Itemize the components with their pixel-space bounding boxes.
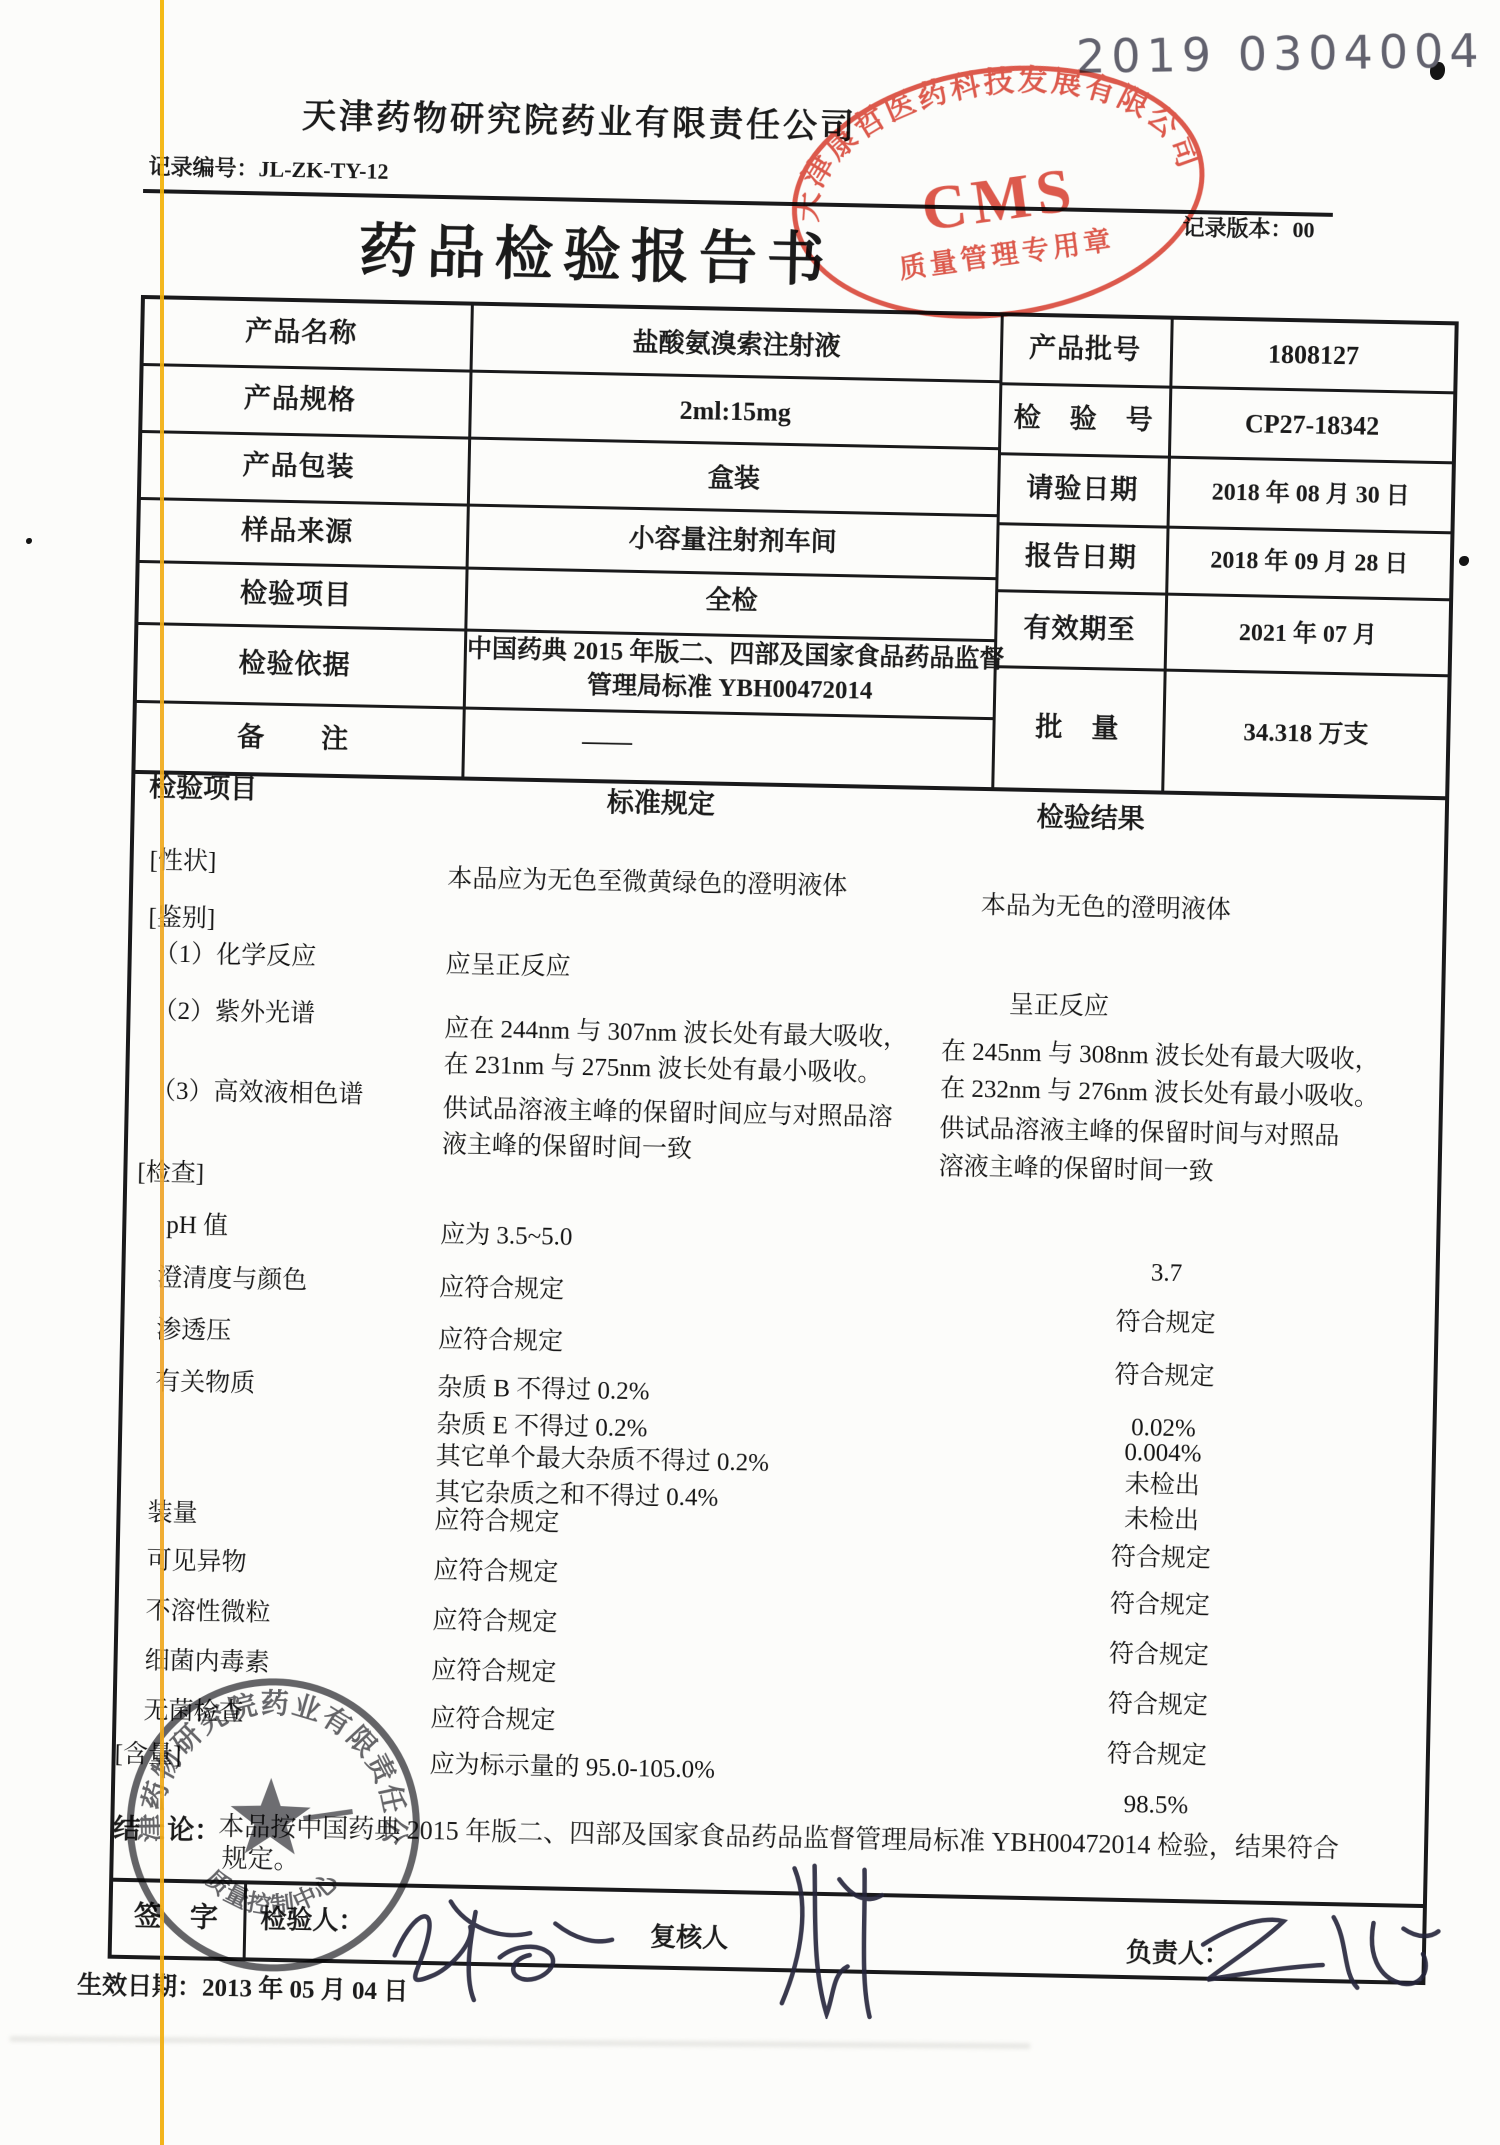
record-number-line: 记录编号：JL-ZK-TY-12	[148, 153, 389, 185]
result-row-label: pH 值	[166, 1210, 228, 1242]
results-header-result: 检验结果	[920, 799, 1261, 840]
result-row-standard: 本品应为无色至微黄绿色的澄明液体	[447, 863, 848, 902]
result-row-label: 不溶性微粒	[145, 1595, 271, 1629]
info-value: 盒装	[470, 458, 998, 501]
result-row-result: 供试品溶液主峰的保留时间与对照品	[939, 1113, 1340, 1152]
result-row-standard: 应符合规定	[438, 1324, 564, 1358]
result-row-standard: 应符合规定	[432, 1605, 558, 1639]
info-label: 检验依据	[133, 645, 456, 685]
qc-stamp-star-icon	[230, 1777, 312, 1855]
result-row-result: 在 245nm 与 308nm 波长处有最大吸收，	[941, 1036, 1380, 1076]
results-header-item: 检验项目	[149, 771, 258, 807]
result-row-label: （3）高效液相色谱	[151, 1075, 364, 1111]
info-value-basis-line2: 管理局标准 YBH00472014	[466, 668, 994, 710]
result-row-result: 呈正反应	[1009, 990, 1110, 1023]
result-row-result: 本品为无色的澄明液体	[981, 890, 1232, 926]
info-value: 2ml:15mg	[471, 391, 999, 434]
info-value: 2018 年 09 月 28 日	[1169, 545, 1451, 581]
result-row-standard: 液主峰的保留时间一致	[442, 1129, 693, 1165]
result-row-result: 0.004%	[1023, 1435, 1304, 1472]
info-label: 产品包装	[137, 447, 460, 487]
table-line-row	[138, 430, 1000, 450]
record-version-value: 00	[1292, 217, 1314, 242]
svg-text:质量控制中心: 质量控制中心	[198, 1864, 345, 1922]
result-row-standard: 供试品溶液主峰的保留时间应与对照品溶	[442, 1093, 893, 1133]
result-row-result: 溶液主峰的保留时间一致	[938, 1151, 1214, 1188]
table-line-row	[140, 363, 1002, 383]
info-label: 产品规格	[139, 380, 462, 420]
result-row-standard: 杂质 E 不得过 0.2%	[436, 1409, 648, 1444]
result-row-result: 未检出	[1021, 1502, 1302, 1539]
info-label: 请验日期	[1000, 471, 1165, 508]
result-row-standard: 应为 3.5~5.0	[440, 1219, 573, 1253]
result-row-label: 装量	[147, 1497, 198, 1529]
info-value: 全检	[468, 580, 996, 623]
table-line-row-right	[998, 452, 1455, 464]
result-row-standard: 应在 244nm 与 307nm 波长处有最大吸收，	[444, 1013, 908, 1054]
record-number-label: 记录编号：	[148, 154, 258, 181]
cms-oval-stamp: 天津康哲医药科技发展有限公司 CMS 质量管理专用章	[766, 24, 1230, 360]
result-row-result: 符合规定	[1018, 1687, 1299, 1724]
qc-stamp-bottom-text: 质量控制中心	[198, 1864, 345, 1922]
result-row-standard: 杂质 B 不得过 0.2%	[437, 1372, 650, 1408]
result-row-standard: 应呈正反应	[445, 949, 571, 983]
result-row-standard: 其它单个最大杂质不得过 0.2%	[435, 1441, 769, 1479]
result-row-result: 符合规定	[1021, 1540, 1302, 1577]
info-label: 检 验 号	[1001, 401, 1166, 438]
result-row-standard: 应为标示量的 95.0-105.0%	[429, 1749, 715, 1786]
info-value-note-dash: ——	[467, 724, 748, 761]
result-row-result: 3.7	[1026, 1255, 1307, 1292]
info-value: 1808127	[1173, 337, 1455, 375]
result-row-result: 符合规定	[1025, 1305, 1306, 1342]
info-label: 产品批号	[1003, 331, 1168, 368]
result-row-result: 未检出	[1022, 1467, 1303, 1504]
result-row-result: 符合规定	[1017, 1737, 1298, 1774]
scanned-report-page: 天津药物研究院药业有限责任公司 记录编号：JL-ZK-TY-12 记录版本：00…	[0, 0, 1500, 2145]
info-label: 有效期至	[997, 611, 1162, 648]
info-value: 2021 年 07 月	[1167, 617, 1449, 653]
result-row-label: 渗透压	[156, 1314, 232, 1347]
info-value: 2018 年 08 月 30 日	[1170, 477, 1452, 513]
info-label: 样品来源	[136, 512, 459, 552]
ink-speck	[26, 538, 32, 544]
info-label: 备 注	[132, 719, 455, 759]
table-line-row-right	[997, 522, 1454, 534]
info-value: 34.318 万支	[1165, 716, 1447, 753]
reviewer-signature	[752, 1853, 915, 2021]
result-row-result: 符合规定	[1020, 1587, 1301, 1624]
table-line-row-right	[995, 589, 1452, 601]
info-value: 小容量注射剂车间	[469, 520, 997, 563]
result-row-standard: 应符合规定	[434, 1505, 560, 1539]
result-row-standard: 应符合规定	[433, 1555, 559, 1589]
result-row-label: 有关物质	[155, 1366, 256, 1399]
result-row-label: [检查]	[137, 1157, 204, 1190]
result-row-label: （1）化学反应	[153, 938, 316, 973]
result-row-standard: 应符合规定	[431, 1655, 557, 1689]
table-line-row-right	[994, 665, 1451, 677]
info-label: 批 量	[995, 710, 1160, 747]
info-label: 检验项目	[135, 575, 458, 615]
table-line-row-right	[999, 382, 1456, 394]
result-row-standard: 在 231nm 与 275nm 波长处有最小吸收。	[443, 1049, 882, 1089]
info-label: 报告日期	[999, 539, 1164, 576]
record-number-value: JL-ZK-TY-12	[258, 156, 388, 184]
result-row-result: 符合规定	[1019, 1637, 1300, 1674]
result-row-label: [鉴别]	[148, 902, 215, 935]
info-value: CP27-18342	[1171, 407, 1453, 445]
ink-speck	[1459, 556, 1469, 566]
document-content: 天津药物研究院药业有限责任公司 记录编号：JL-ZK-TY-12 记录版本：00…	[105, 95, 1465, 2121]
result-row-result: 在 232nm 与 276nm 波长处有最小吸收。	[940, 1073, 1379, 1113]
scanner-artifact-yellow-line	[160, 0, 164, 2145]
reviewer-label: 复核人	[650, 1922, 729, 1956]
result-row-label: （2）紫外光谱	[152, 995, 315, 1030]
cms-stamp-center-text: CMS	[918, 156, 1082, 245]
info-label: 产品名称	[140, 313, 463, 353]
approver-signature	[1172, 1884, 1444, 2009]
result-row-label: 澄清度与颜色	[157, 1262, 308, 1296]
result-row-standard: 应符合规定	[439, 1272, 565, 1306]
result-row-result: 98.5%	[1016, 1787, 1297, 1824]
result-row-result: 符合规定	[1024, 1358, 1305, 1395]
result-row-standard: 应符合规定	[430, 1703, 556, 1737]
results-header-standard: 标准规定	[461, 783, 862, 825]
